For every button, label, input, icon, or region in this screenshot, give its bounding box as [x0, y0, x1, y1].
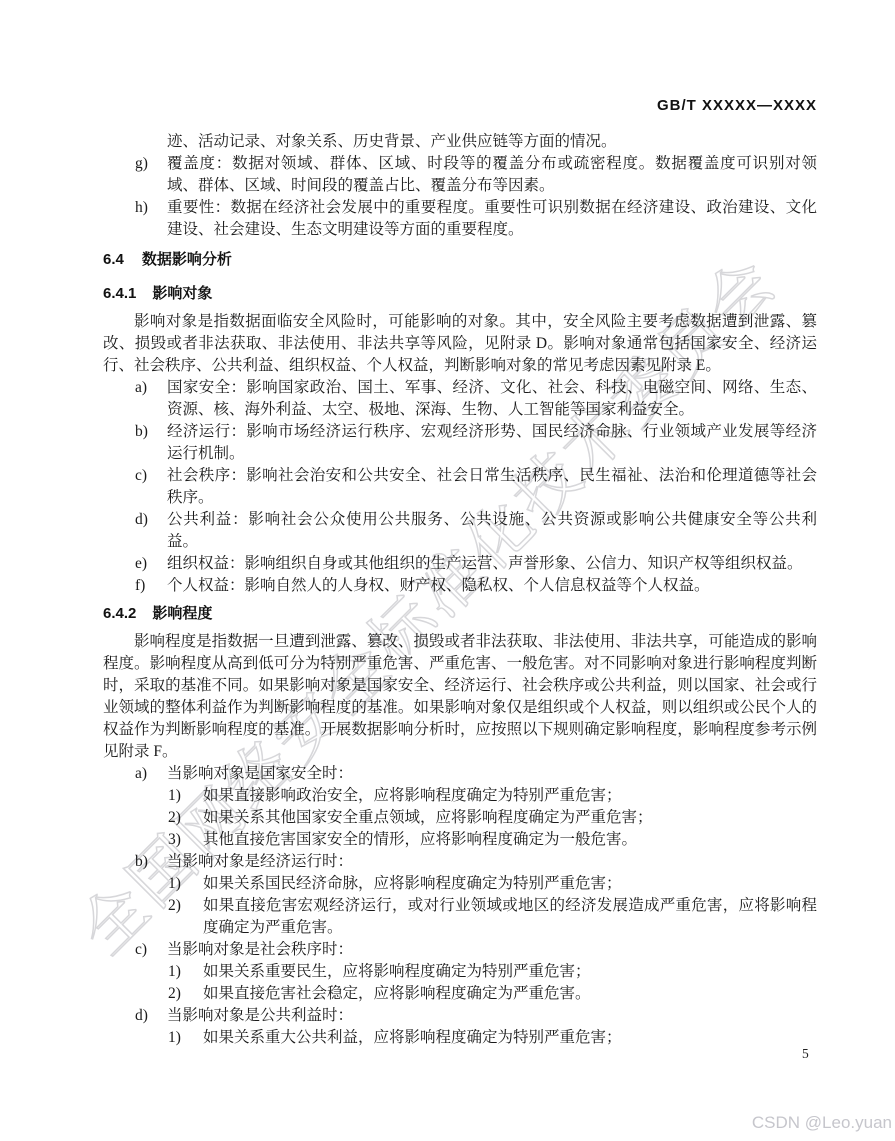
list-item-text: 如果关系其他国家安全重点领域，应将影响程度确定为严重危害； — [203, 807, 817, 829]
list-item: a)国家安全：影响国家政治、国土、军事、经济、文化、社会、科技、电磁空间、网络、… — [103, 377, 817, 421]
csdn-watermark: CSDN @Leo.yuan — [752, 1113, 892, 1133]
sub-list-item: 2)如果关系其他国家安全重点领域，应将影响程度确定为严重危害； — [103, 807, 817, 829]
list-item-text: 经济运行：影响市场经济运行秩序、宏观经济形势、国民经济命脉、行业领域产业发展等经… — [167, 421, 817, 465]
list-item: e)组织权益：影响组织自身或其他组织的生产运营、声誉形象、公信力、知识产权等组织… — [103, 553, 817, 575]
list-item-marker: 1) — [168, 1027, 181, 1049]
sub-list-item: 1)如果关系国民经济命脉，应将影响程度确定为特别严重危害； — [103, 873, 817, 895]
list-item: b)当影响对象是经济运行时： — [103, 851, 817, 873]
list-item-marker: a) — [135, 377, 147, 399]
section-heading-6-4: 6.4数据影响分析 — [103, 249, 817, 271]
impact-degree-paragraph: 影响程度是指数据一旦遭到泄露、篡改、损毁或者非法获取、非法使用、非法共享，可能造… — [103, 631, 817, 763]
list-item-text: 如果关系重大公共利益，应将影响程度确定为特别严重危害； — [203, 1027, 817, 1049]
sub-list-item: 2)如果直接危害宏观经济运行，或对行业领域或地区的经济发展造成严重危害，应将影响… — [103, 895, 817, 939]
list-item-text: 当影响对象是国家安全时： — [167, 763, 817, 785]
document-content: 迹、活动记录、对象关系、历史背景、产业供应链等方面的情况。 g)覆盖度：数据对领… — [103, 131, 817, 1049]
section-number: 6.4.2 — [103, 605, 136, 622]
section-number: 6.4.1 — [103, 285, 136, 302]
carryover-continuation-line: 迹、活动记录、对象关系、历史背景、产业供应链等方面的情况。 — [103, 131, 817, 153]
list-item: d)当影响对象是公共利益时： — [103, 1005, 817, 1027]
list-item-marker: b) — [135, 421, 148, 443]
list-item: h)重要性：数据在经济社会发展中的重要程度。重要性可识别数据在经济建设、政治建设… — [103, 197, 817, 241]
doc-number: GB/T XXXXX—XXXX — [657, 97, 817, 114]
page-header: GB/T XXXXX—XXXX — [657, 97, 817, 114]
list-item: d)公共利益：影响社会公众使用公共服务、公共设施、公共资源或影响公共健康安全等公… — [103, 509, 817, 553]
section-number: 6.4 — [103, 251, 124, 268]
list-item: a)当影响对象是国家安全时： — [103, 763, 817, 785]
list-item-text: 公共利益：影响社会公众使用公共服务、公共设施、公共资源或影响公共健康安全等公共利… — [167, 509, 817, 553]
list-item-text: 重要性：数据在经济社会发展中的重要程度。重要性可识别数据在经济建设、政治建设、文… — [167, 197, 817, 241]
list-item-text: 组织权益：影响组织自身或其他组织的生产运营、声誉形象、公信力、知识产权等组织权益… — [167, 553, 817, 575]
section-title: 影响对象 — [152, 285, 212, 302]
list-item-text: 如果直接危害宏观经济运行，或对行业领域或地区的经济发展造成严重危害，应将影响程度… — [203, 895, 817, 939]
impact-object-list: a)国家安全：影响国家政治、国土、军事、经济、文化、社会、科技、电磁空间、网络、… — [103, 377, 817, 597]
list-item-marker: 2) — [168, 807, 181, 829]
carryover-list: g)覆盖度：数据对领域、群体、区域、时段等的覆盖分布或疏密程度。数据覆盖度可识别… — [103, 153, 817, 241]
sub-list-item: 2)如果直接危害社会稳定，应将影响程度确定为严重危害。 — [103, 983, 817, 1005]
list-item-marker: d) — [135, 1005, 148, 1027]
list-item-text: 如果直接危害社会稳定，应将影响程度确定为严重危害。 — [203, 983, 817, 1005]
list-item-marker: g) — [135, 153, 148, 175]
list-item-text: 国家安全：影响国家政治、国土、军事、经济、文化、社会、科技、电磁空间、网络、生态… — [167, 377, 817, 421]
list-item-text: 如果直接影响政治安全，应将影响程度确定为特别严重危害； — [203, 785, 817, 807]
sub-list-item: 1)如果关系重大公共利益，应将影响程度确定为特别严重危害； — [103, 1027, 817, 1049]
list-item: g)覆盖度：数据对领域、群体、区域、时段等的覆盖分布或疏密程度。数据覆盖度可识别… — [103, 153, 817, 197]
list-item-text: 个人权益：影响自然人的人身权、财产权、隐私权、个人信息权益等个人权益。 — [167, 575, 817, 597]
list-item: c)当影响对象是社会秩序时： — [103, 939, 817, 961]
list-item-marker: 3) — [168, 829, 181, 851]
list-item-marker: b) — [135, 851, 148, 873]
list-item-marker: 2) — [168, 895, 181, 917]
list-item-marker: 1) — [168, 961, 181, 983]
list-item-text: 如果关系重要民生，应将影响程度确定为特别严重危害； — [203, 961, 817, 983]
section-title: 影响程度 — [152, 605, 212, 622]
sub-list-item: 1)如果直接影响政治安全，应将影响程度确定为特别严重危害； — [103, 785, 817, 807]
impact-degree-list: a)当影响对象是国家安全时：1)如果直接影响政治安全，应将影响程度确定为特别严重… — [103, 763, 817, 1049]
list-item-marker: 2) — [168, 983, 181, 1005]
sub-list-item: 3)其他直接危害国家安全的情形，应将影响程度确定为一般危害。 — [103, 829, 817, 851]
list-item-marker: c) — [135, 939, 147, 961]
list-item-text: 当影响对象是经济运行时： — [167, 851, 817, 873]
list-item-marker: 1) — [168, 873, 181, 895]
list-item-text: 社会秩序：影响社会治安和公共安全、社会日常生活秩序、民生福祉、法治和伦理道德等社… — [167, 465, 817, 509]
list-item: b)经济运行：影响市场经济运行秩序、宏观经济形势、国民经济命脉、行业领域产业发展… — [103, 421, 817, 465]
list-item: f)个人权益：影响自然人的人身权、财产权、隐私权、个人信息权益等个人权益。 — [103, 575, 817, 597]
list-item-text: 如果关系国民经济命脉，应将影响程度确定为特别严重危害； — [203, 873, 817, 895]
list-item-marker: d) — [135, 509, 148, 531]
list-item-marker: e) — [135, 553, 147, 575]
document-page: 全国网络安全标准化技术委员会 GB/T XXXXX—XXXX 迹、活动记录、对象… — [0, 0, 895, 1141]
list-item-marker: c) — [135, 465, 147, 487]
list-item-marker: 1) — [168, 785, 181, 807]
section-heading-6-4-1: 6.4.1影响对象 — [103, 283, 817, 305]
section-heading-6-4-2: 6.4.2影响程度 — [103, 603, 817, 625]
list-item-text: 其他直接危害国家安全的情形，应将影响程度确定为一般危害。 — [203, 829, 817, 851]
page-number: 5 — [802, 1046, 809, 1062]
impact-object-paragraph: 影响对象是指数据面临安全风险时，可能影响的对象。其中，安全风险主要考虑数据遭到泄… — [103, 311, 817, 377]
section-title: 数据影响分析 — [142, 251, 232, 268]
list-item-marker: f) — [135, 575, 145, 597]
list-item-marker: a) — [135, 763, 147, 785]
list-item: c)社会秩序：影响社会治安和公共安全、社会日常生活秩序、民生福祉、法治和伦理道德… — [103, 465, 817, 509]
list-item-text: 当影响对象是社会秩序时： — [167, 939, 817, 961]
list-item-text: 当影响对象是公共利益时： — [167, 1005, 817, 1027]
list-item-text: 覆盖度：数据对领域、群体、区域、时段等的覆盖分布或疏密程度。数据覆盖度可识别对领… — [167, 153, 817, 197]
list-item-marker: h) — [135, 197, 148, 219]
sub-list-item: 1)如果关系重要民生，应将影响程度确定为特别严重危害； — [103, 961, 817, 983]
